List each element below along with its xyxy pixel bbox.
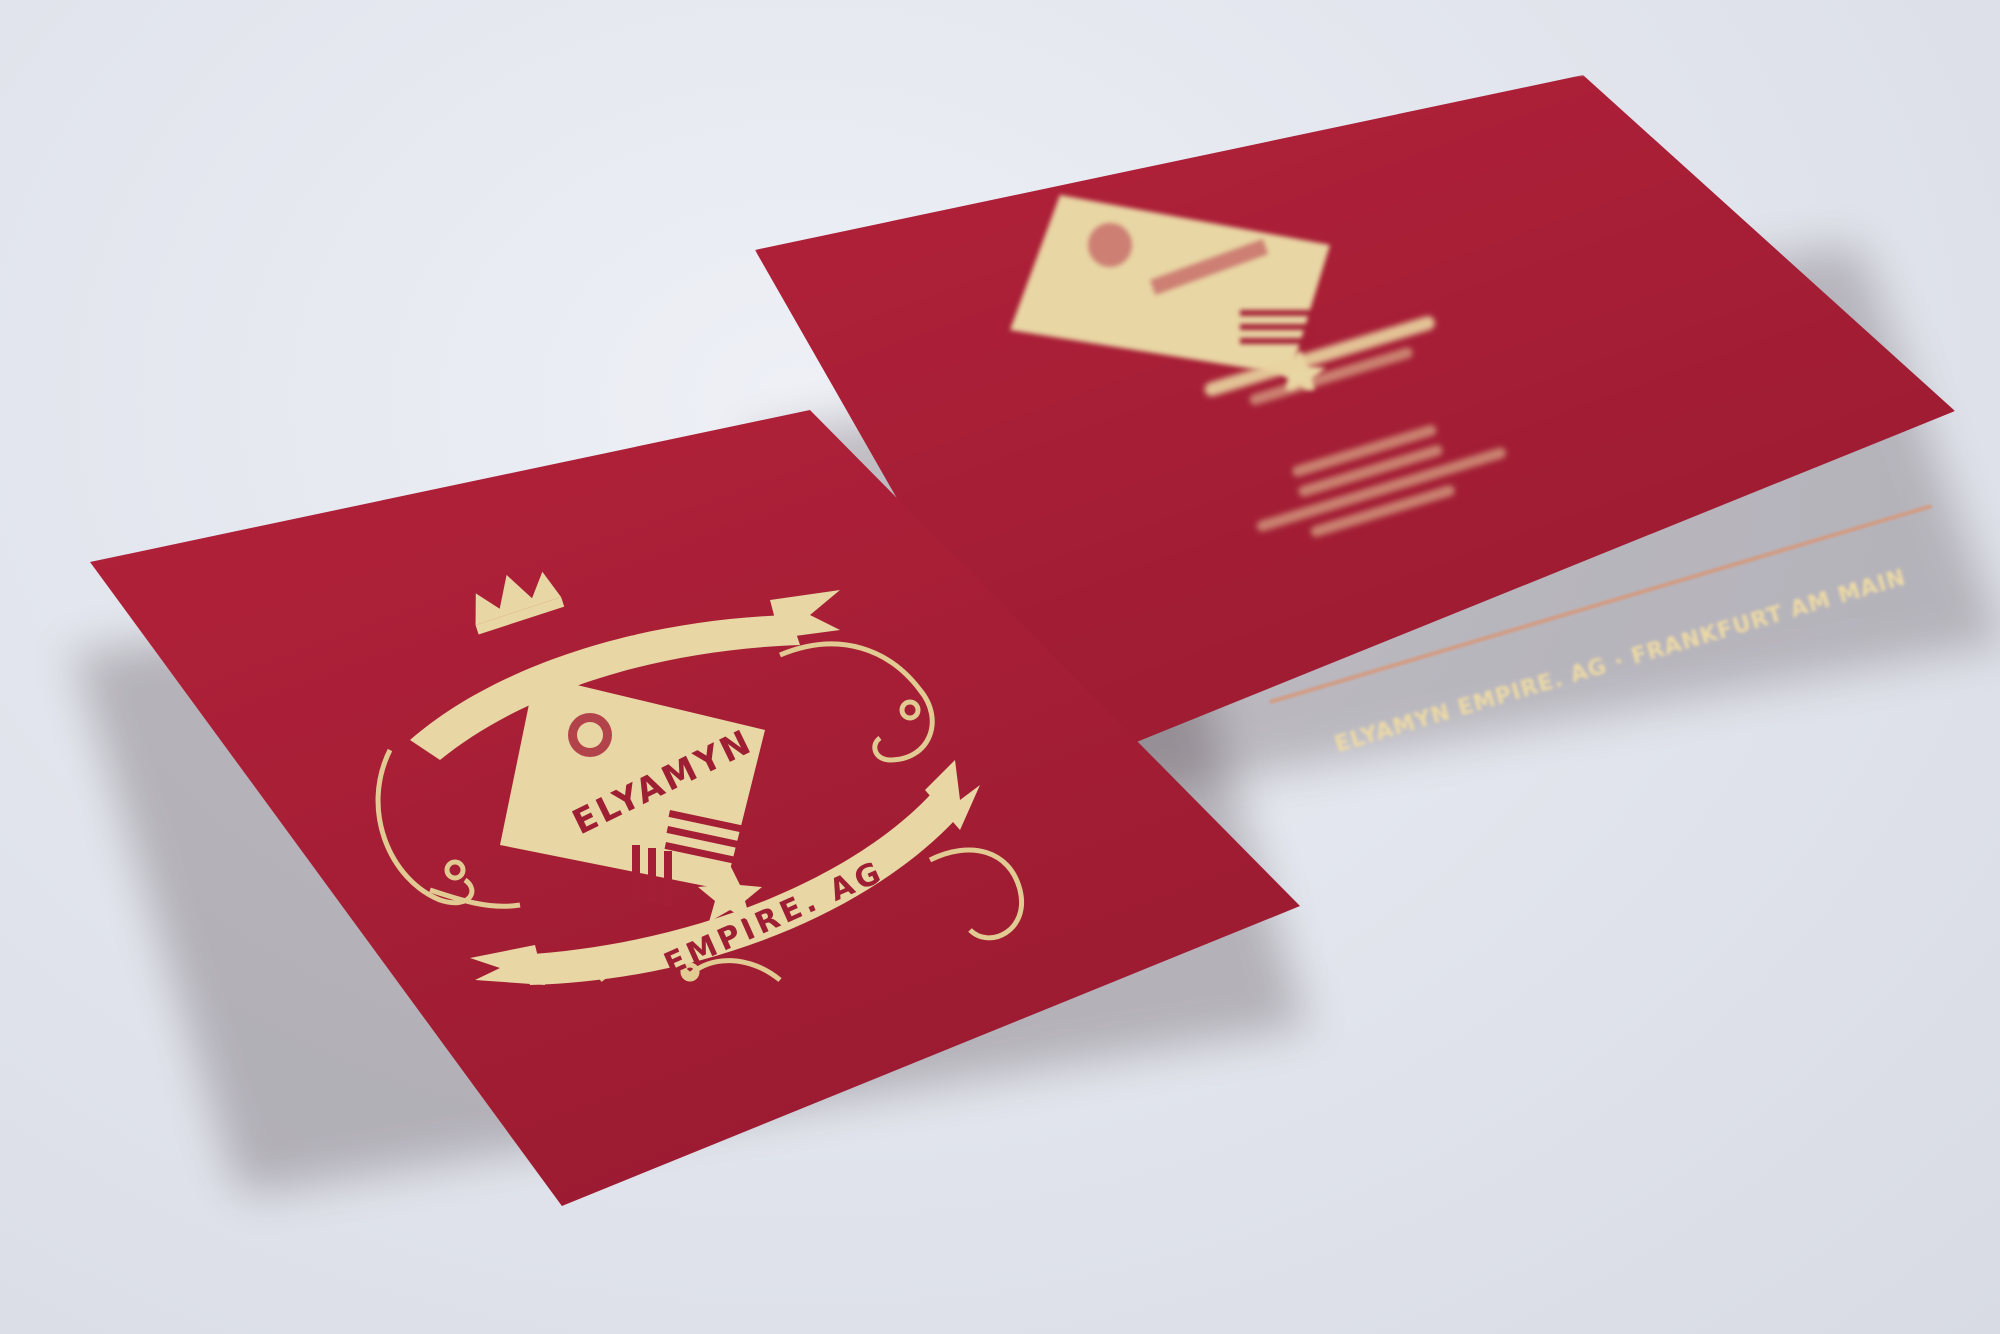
left-card-crest: EMPIRE. AG ELYAMYN <box>370 560 1050 1000</box>
diamond-emblem: ELYAMYN <box>500 675 765 922</box>
product-photo-scene: ELYAMYN EMPIRE. AG · FRANKFURT AM MAIN <box>0 0 2000 1334</box>
crown-icon <box>464 561 564 634</box>
